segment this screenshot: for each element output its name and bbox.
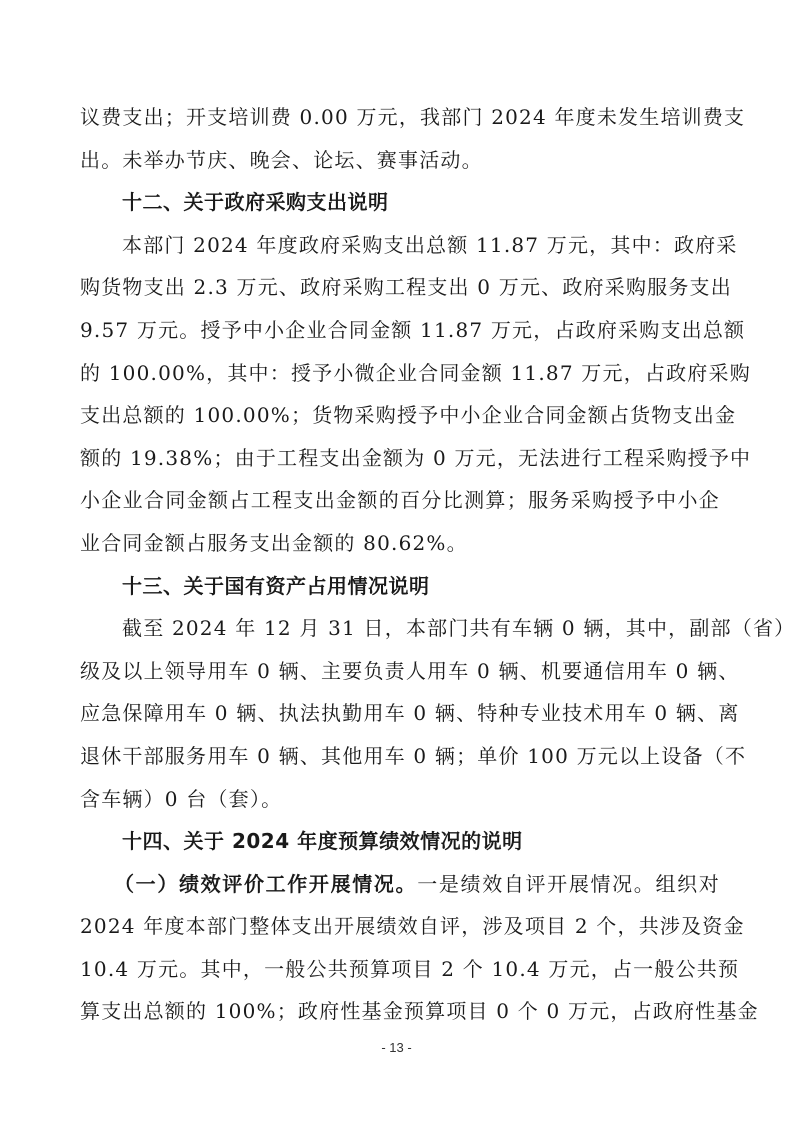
text-line: 截至 2024 年 12 月 31 日，本部门共有车辆 0 辆，其中，副部（省）	[80, 607, 720, 650]
text-line: 的 100.00%，其中：授予小微企业合同金额 11.87 万元，占政府采购	[80, 352, 720, 395]
section-heading-13: 十三、关于国有资产占用情况说明	[80, 565, 720, 608]
performance-paragraph-lead: （一）绩效评价工作开展情况。一是绩效自评开展情况。组织对	[80, 863, 720, 906]
document-page: 议费支出；开支培训费 0.00 万元，我部门 2024 年度未发生培训费支 出。…	[80, 96, 720, 1033]
text-line: 含车辆）0 台（套）。	[80, 778, 720, 821]
text-line: 退休干部服务用车 0 辆、其他用车 0 辆；单价 100 万元以上设备（不	[80, 735, 720, 778]
text-line: 小企业合同金额占工程支出金额的百分比测算；服务采购授予中小企	[80, 479, 720, 522]
page-number: - 13 -	[0, 1040, 793, 1055]
text-line: 应急保障用车 0 辆、执法执勤用车 0 辆、特种专业技术用车 0 辆、离	[80, 692, 720, 735]
subsection-title: （一）绩效评价工作开展情况。	[114, 872, 417, 896]
text-line: 2024 年度本部门整体支出开展绩效自评，涉及项目 2 个，共涉及资金	[80, 905, 720, 948]
text-line: 9.57 万元。授予中小企业合同金额 11.87 万元，占政府采购支出总额	[80, 309, 720, 352]
text-line: 10.4 万元。其中，一般公共预算项目 2 个 10.4 万元，占一般公共预	[80, 948, 720, 991]
text-span: 一是绩效自评开展情况。组织对	[417, 872, 720, 896]
text-line: 级及以上领导用车 0 辆、主要负责人用车 0 辆、机要通信用车 0 辆、	[80, 650, 720, 693]
text-line: 本部门 2024 年度政府采购支出总额 11.87 万元，其中：政府采	[80, 224, 720, 267]
section-heading-14: 十四、关于 2024 年度预算绩效情况的说明	[80, 820, 720, 863]
text-line: 购货物支出 2.3 万元、政府采购工程支出 0 万元、政府采购服务支出	[80, 266, 720, 309]
text-line: 业合同金额占服务支出金额的 80.62%。	[80, 522, 720, 565]
text-line: 支出总额的 100.00%；货物采购授予中小企业合同金额占货物支出金	[80, 394, 720, 437]
text-line: 出。未举办节庆、晚会、论坛、赛事活动。	[80, 139, 720, 182]
section-heading-12: 十二、关于政府采购支出说明	[80, 181, 720, 224]
text-line: 算支出总额的 100%；政府性基金预算项目 0 个 0 万元，占政府性基金	[80, 990, 720, 1033]
text-line: 额的 19.38%；由于工程支出金额为 0 万元，无法进行工程采购授予中	[80, 437, 720, 480]
text-line: 议费支出；开支培训费 0.00 万元，我部门 2024 年度未发生培训费支	[80, 96, 720, 139]
